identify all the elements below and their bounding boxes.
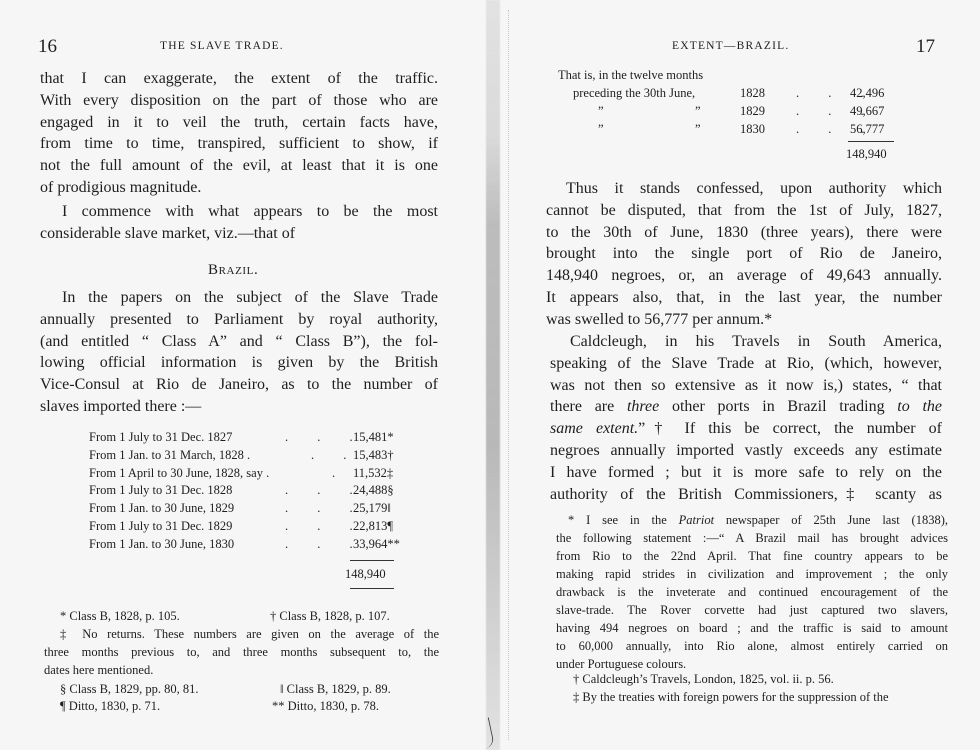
- table-value: 49,667: [850, 103, 884, 121]
- footnote-double-dagger: ‡ By the treaties with foreign powers fo…: [573, 688, 889, 706]
- sum-rule: [350, 588, 394, 589]
- right-page: EXTENT—BRAZIL. 17 That is, in the twelve…: [500, 0, 980, 750]
- book-spread: 16 THE SLAVE TRADE. that I can exaggerat…: [0, 0, 980, 750]
- annual-table-intro: That is, in the twelve months: [558, 67, 703, 85]
- annual-table: preceding the 30th June, 1828 . . . 42,4…: [558, 85, 898, 138]
- footnote-section: § Class B, 1829, pp. 80, 81.: [60, 680, 199, 698]
- table-value: 15,483†: [353, 447, 394, 465]
- table-value: 22,813¶: [353, 518, 393, 536]
- left-page: 16 THE SLAVE TRADE. that I can exaggerat…: [0, 0, 480, 750]
- footnote-dagger: † Caldcleugh’s Travels, London, 1825, vo…: [573, 670, 834, 688]
- table-value: 33,964**: [353, 536, 400, 554]
- gutter-shadow: [486, 0, 500, 750]
- table-row: From 1 Jan. to 31 March, 1828 . . . 15,4…: [89, 447, 429, 465]
- sum-rule: [350, 560, 394, 561]
- paragraph-2: Caldcleugh, in his Travels in South Amer…: [550, 331, 942, 505]
- imports-table: From 1 July to 31 Dec. 1827 . . . 15,481…: [89, 429, 429, 554]
- section-title-brazil: Brazil.: [208, 262, 258, 279]
- annual-total: 148,940: [846, 146, 887, 164]
- table-row: From 1 April to 30 June, 1828, say . . 1…: [89, 465, 429, 483]
- footnote-double-dagger: ‡ No returns. These numbers are given on…: [44, 625, 439, 679]
- paragraph-2: I commence with what appears to be the m…: [40, 201, 438, 245]
- table-row: preceding the 30th June, 1828 . . . 42,4…: [558, 85, 898, 103]
- footnote-pilcrow: ¶ Ditto, 1830, p. 71.: [60, 697, 160, 715]
- table-row: From 1 Jan. to 30 June, 1829 . . . 25,17…: [89, 500, 429, 518]
- imports-total: 148,940: [345, 566, 386, 584]
- paragraph-1: that I can exaggerate, the extent of the…: [40, 68, 438, 199]
- footnote-parallel: ‖ Class B, 1829, p. 89.: [280, 680, 391, 698]
- footnote-star: * I see in the Patriot newspaper of 25th…: [556, 511, 948, 673]
- running-head: EXTENT—BRAZIL.: [672, 40, 789, 52]
- table-value: 11,532‡: [353, 465, 393, 483]
- table-row: From 1 July to 31 Dec. 1828 . . . 24,488…: [89, 482, 429, 500]
- table-row: ” ” 1829 . . . 49,667: [558, 103, 898, 121]
- table-row: From 1 July to 31 Dec. 1829 . . . 22,813…: [89, 518, 429, 536]
- table-row: From 1 July to 31 Dec. 1827 . . . 15,481…: [89, 429, 429, 447]
- table-value: 25,179‖: [353, 500, 391, 518]
- table-row: ” ” 1830 . . . 56,777: [558, 121, 898, 139]
- footnote-dagger: † Class B, 1828, p. 107.: [270, 607, 390, 625]
- table-row: From 1 Jan. to 30 June, 1830 . . . 33,96…: [89, 536, 429, 554]
- running-head: THE SLAVE TRADE.: [160, 40, 284, 52]
- table-value: 56,777: [850, 121, 884, 139]
- page-number: 17: [916, 36, 935, 58]
- sum-rule: [848, 141, 894, 142]
- footnote-star: * Class B, 1828, p. 105.: [60, 607, 180, 625]
- table-value: 42,496: [850, 85, 884, 103]
- paragraph-3: In the papers on the subject of the Slav…: [40, 287, 438, 418]
- table-value: 24,488§: [353, 482, 394, 500]
- table-value: 15,481*: [353, 429, 394, 447]
- paragraph-1: Thus it stands confessed, upon authority…: [546, 178, 942, 331]
- footnote-double-star: ** Ditto, 1830, p. 78.: [272, 697, 379, 715]
- page-number: 16: [38, 36, 57, 58]
